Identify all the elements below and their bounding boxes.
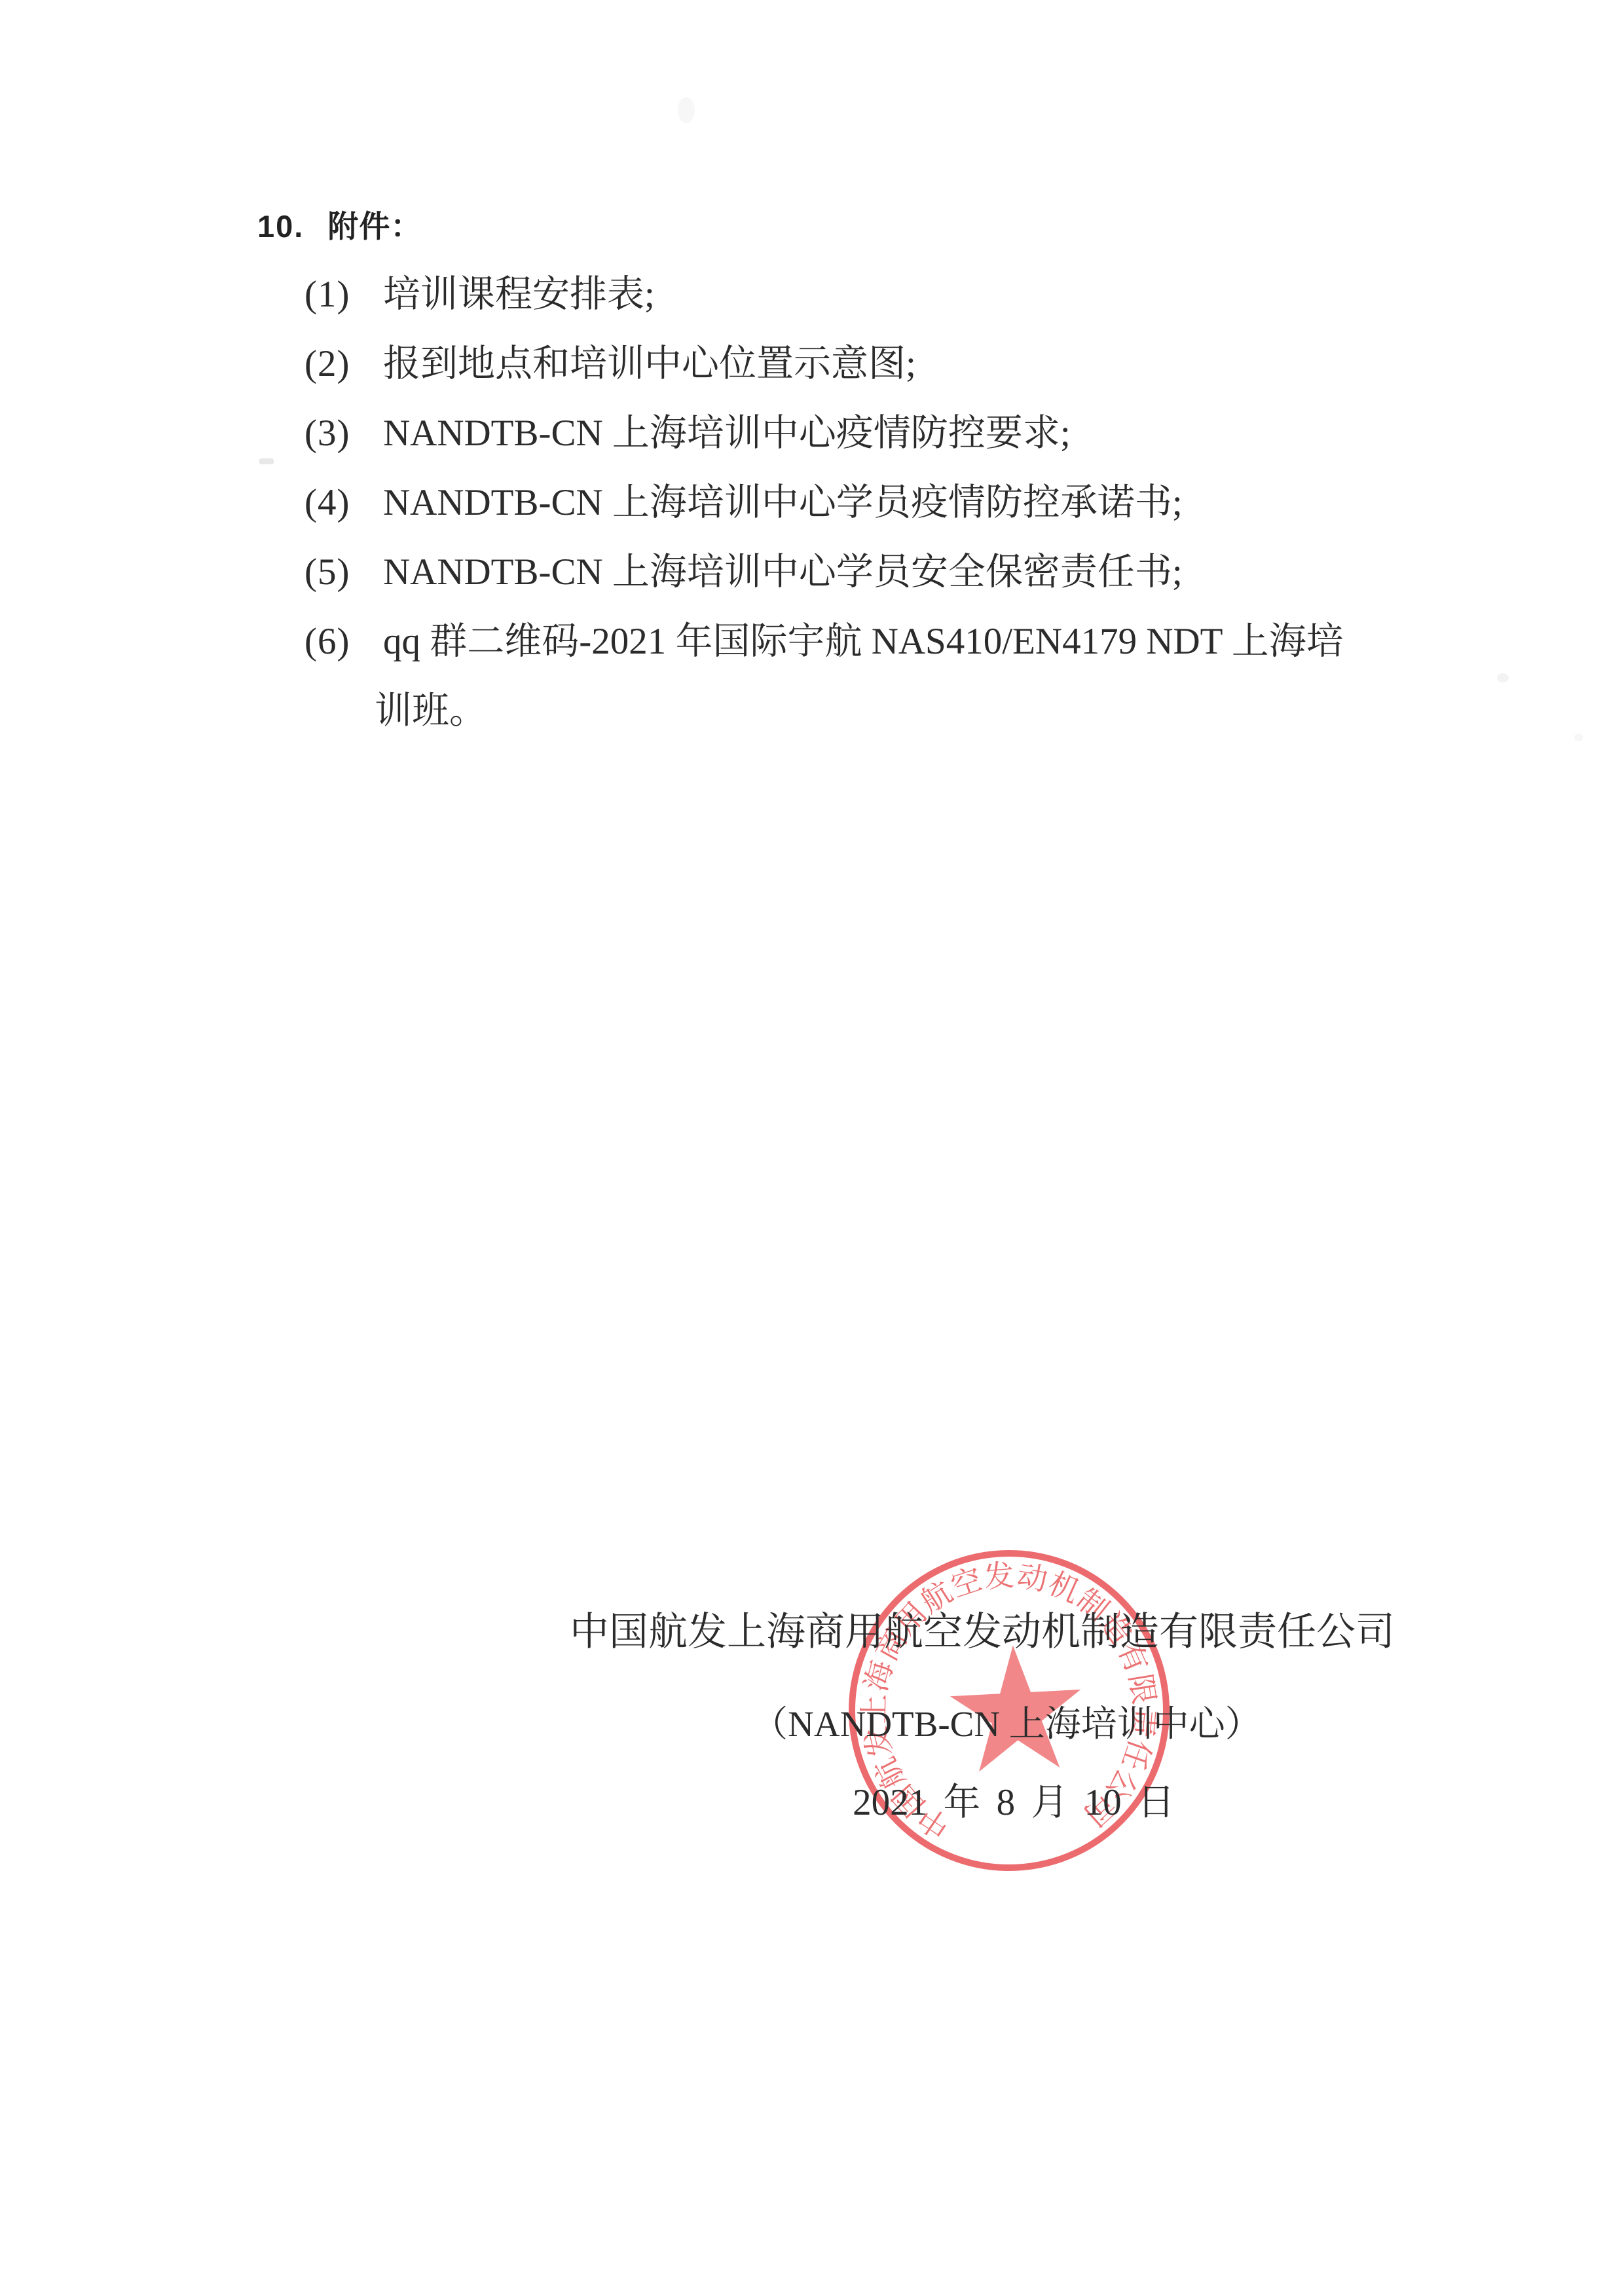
section-title: 附件： — [327, 209, 422, 244]
item-text: 培训课程安排表; — [383, 274, 655, 315]
list-item: (3)NANDTB-CN 上海培训中心疫情防控要求; — [304, 411, 1071, 456]
item-number: (4) — [304, 480, 383, 526]
item-text: NANDTB-CN 上海培训中心学员疫情防控承诺书; — [383, 482, 1183, 523]
scan-speck — [259, 458, 274, 464]
item-text-continuation: 训班。 — [375, 690, 487, 731]
list-item: (6)qq 群二维码-2021 年国际宇航 NAS410/EN4179 NDT … — [304, 619, 1344, 665]
list-item-continuation: 训班。 — [375, 688, 487, 734]
item-text: NANDTB-CN 上海培训中心学员安全保密责任书; — [383, 551, 1183, 593]
list-item: (1)培训课程安排表; — [304, 272, 655, 318]
item-text: 报到地点和培训中心位置示意图; — [383, 343, 916, 384]
training-center-name: （NANDTB-CN 上海培训中心） — [752, 1703, 1261, 1746]
item-number: (2) — [304, 341, 383, 387]
item-number: (5) — [304, 549, 383, 595]
item-text: qq 群二维码-2021 年国际宇航 NAS410/EN4179 NDT 上海培 — [383, 621, 1344, 662]
item-text: NANDTB-CN 上海培训中心疫情防控要求; — [383, 413, 1071, 454]
section-heading: 10.附件： — [257, 208, 422, 245]
scan-speck — [1497, 673, 1509, 682]
list-item: (5)NANDTB-CN 上海培训中心学员安全保密责任书; — [304, 549, 1183, 595]
list-item: (2)报到地点和培训中心位置示意图; — [304, 341, 916, 387]
list-item: (4)NANDTB-CN 上海培训中心学员疫情防控承诺书; — [304, 480, 1183, 526]
item-number: (6) — [304, 619, 383, 665]
item-number: (3) — [304, 411, 383, 456]
company-name: 中国航发上海商用航空发动机制造有限责任公司 — [570, 1609, 1395, 1655]
section-number: 10. — [257, 209, 304, 244]
signature-date: 2021 年 8 月 10 日 — [853, 1781, 1175, 1824]
document-page: 10.附件： (1)培训课程安排表; (2)报到地点和培训中心位置示意图; (3… — [0, 0, 1624, 2296]
scan-speck — [1574, 733, 1583, 741]
scan-speck — [678, 97, 695, 123]
item-number: (1) — [304, 272, 383, 318]
